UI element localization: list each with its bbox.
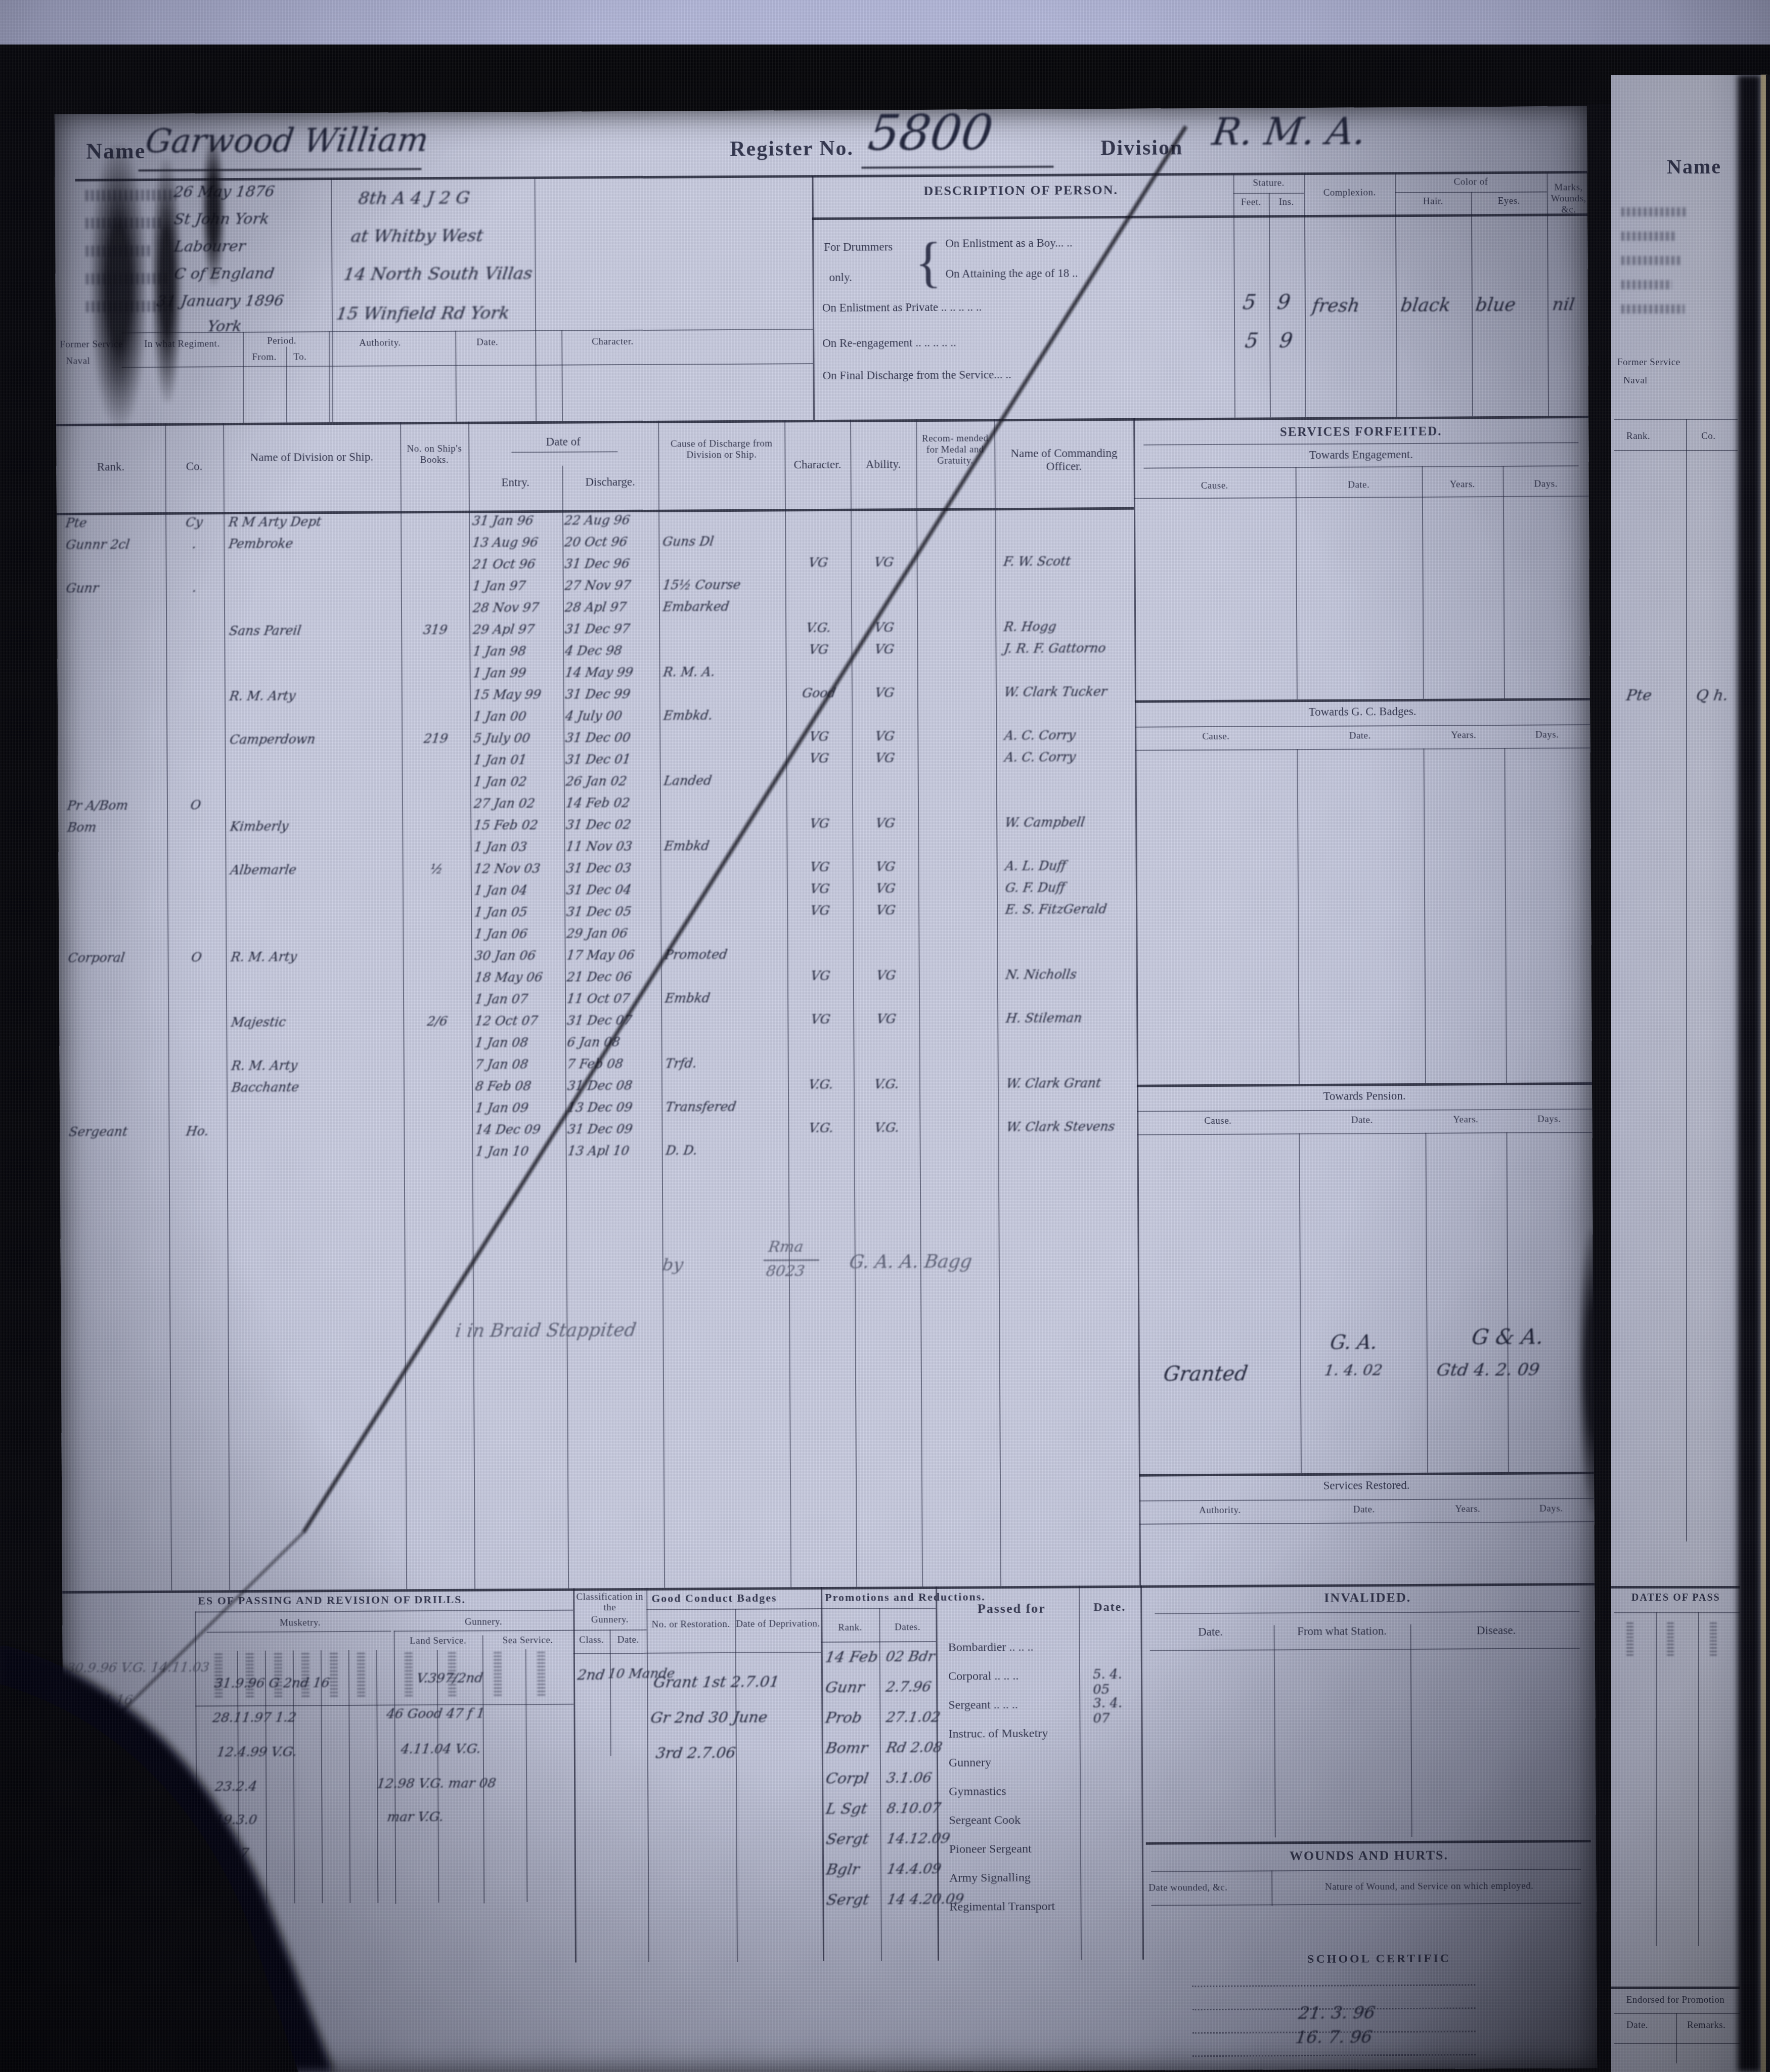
passed-for-label: Pioneer Sergeant: [949, 1842, 1032, 1857]
badges-col1-header: No. or Restoration.: [646, 1619, 735, 1630]
promotion-row: Prob 27.1.02: [821, 1708, 936, 1739]
cell-rank: [66, 559, 162, 559]
cell-cause: R. M. A.: [662, 664, 783, 679]
ink-smudge: [1577, 1229, 1607, 1512]
cell-character: VG: [790, 860, 850, 875]
register-value: 5800: [865, 104, 996, 161]
rule: [1614, 2043, 1740, 2044]
cell-discharge-date: 31 Dec 99: [564, 687, 657, 702]
cell-entry-date: 1 Jan 10: [475, 1144, 564, 1159]
cell-ship: Kimberly: [229, 818, 398, 834]
cell-rank: Gunr: [65, 581, 163, 596]
promotion-row: Sergt 14.12.09: [822, 1829, 937, 1860]
cell-ability: VG: [856, 1011, 916, 1027]
cell-discharge-date: 31 Dec 03: [565, 861, 658, 876]
pencil-note-line2: i in Braid Stappited: [454, 1320, 638, 1342]
cell-ability: [856, 794, 914, 795]
cell-entry-date: 1 Jan 05: [473, 905, 562, 920]
cell-ship: [230, 775, 397, 776]
cell-entry-date: 18 May 06: [474, 970, 563, 985]
final-row-label: On Final Discharge from the Service... .…: [823, 368, 1011, 382]
passed-for-label: Army Signalling: [949, 1871, 1031, 1885]
drill-entry: 19.3.0: [214, 1813, 258, 1828]
cell-character: [790, 664, 848, 665]
cell-entry-date: 1 Jan 04: [473, 883, 562, 898]
cell-book: [408, 1036, 466, 1036]
rule: [329, 331, 330, 422]
cell-entry-date: 12 Oct 07: [474, 1013, 563, 1029]
cell-ship: [230, 666, 396, 667]
promotion-row: Gunr 2.7.96: [821, 1678, 936, 1708]
promotion-row: 14 Feb 02 Bdr: [821, 1647, 936, 1678]
cell-co: [171, 906, 222, 907]
cell-officer: F. W. Scott: [1003, 554, 1131, 569]
cell-officer: H. Stileman: [1005, 1010, 1133, 1026]
pencil-note-post: G. A. A. Bagg: [848, 1251, 973, 1272]
co-header: Co.: [165, 460, 223, 473]
cell-discharge-date: 13 Dec 09: [566, 1100, 659, 1115]
cell-rank: [66, 646, 162, 646]
cell-entry-date: 1 Jan 00: [472, 709, 561, 724]
pencil-note-frac-top: Rma: [767, 1238, 805, 1256]
badge-entry: 3rd 2.7.06: [654, 1744, 736, 1762]
cell-officer: [1006, 1054, 1133, 1054]
cell-co: [171, 1015, 222, 1016]
cell-entry-date: 15 May 99: [472, 687, 561, 702]
rule: [1471, 192, 1473, 416]
cell-cause: [665, 860, 783, 860]
cell-rank: [68, 1037, 164, 1038]
cell-ability: [857, 924, 915, 925]
cell-cause: Trfd.: [665, 1055, 785, 1071]
period-header: Period.: [267, 335, 296, 346]
classification-title-1: Classification in the: [573, 1592, 646, 1614]
cell-officer: A. C. Corry: [1003, 728, 1132, 743]
complexion-header: Complexion.: [1304, 187, 1395, 199]
drill-entry: 31.9.96 G 2nd 16: [213, 1676, 331, 1691]
recommended-header: Recom- mended for Medal and Gratuity.: [918, 433, 992, 467]
hair-value: black: [1399, 295, 1452, 316]
cell-ability: [856, 707, 914, 708]
cell-ability: VG: [856, 859, 916, 874]
cell-book: 319: [405, 623, 465, 638]
cell-officer: G. F. Duff: [1004, 880, 1133, 895]
rule: [735, 1609, 738, 1962]
strip-pte: Pte: [1625, 687, 1653, 704]
cell-discharge-date: 4 July 00: [564, 709, 657, 724]
cell-rank: [68, 972, 164, 973]
cell-rank: [67, 842, 163, 842]
badges-col2-header: Date of Deprivation.: [735, 1618, 821, 1630]
description-title: DESCRIPTION OF PERSON.: [844, 182, 1198, 199]
strip-endorsed: Endorsed for Promotion: [1611, 1995, 1740, 2006]
cell-co: O: [169, 798, 222, 813]
class-date-header: Date.: [610, 1635, 647, 1646]
cell-co: [170, 732, 220, 733]
cell-character: [790, 838, 849, 839]
passed-for-date: 5. 4. 05: [1093, 1667, 1141, 1697]
cell-co: [169, 624, 220, 624]
cell-rank: [67, 668, 163, 668]
ink-smudge: [90, 144, 147, 428]
cell-co: O: [170, 950, 223, 965]
cell-entry-date: 1 Jan 98: [472, 644, 561, 659]
land-service-header: Land Service.: [394, 1636, 482, 1647]
cell-officer: [1007, 1141, 1133, 1141]
tiny-header-smudge: [1710, 1620, 1717, 1656]
cell-rank: [68, 885, 164, 886]
cell-officer: W. Campbell: [1004, 815, 1132, 830]
cell-book: [408, 949, 466, 949]
rule: [1395, 173, 1398, 417]
cell-rank: [69, 1103, 165, 1103]
cell-entry-date: 30 Jan 06: [474, 948, 563, 963]
feet2-value: 5: [1244, 329, 1260, 352]
cell-ship: [230, 797, 397, 798]
drill-entry: 12.4.99 V.G.: [216, 1744, 298, 1760]
cell-co: [171, 885, 222, 885]
promotion-date: 02 Bdr: [884, 1648, 936, 1665]
tiny-header-smudge: [1626, 1620, 1633, 1656]
rule: [1139, 1472, 1594, 1477]
rule: [1150, 1648, 1580, 1651]
discharge-header: Discharge.: [562, 475, 658, 489]
drill-entry: 4.2.7: [214, 1846, 250, 1861]
cell-book: [407, 840, 465, 841]
dotted-line: [1192, 2054, 1476, 2057]
drummers-brace: {: [915, 230, 942, 294]
cell-cause: [664, 816, 783, 817]
wounds-nature-header: Nature of Wound, and Service on which em…: [1277, 1880, 1581, 1893]
cell-character: V.G.: [788, 621, 849, 636]
passed-for-row: Gymnastics: [937, 1780, 1141, 1810]
promotion-date: 14.4.09: [886, 1861, 943, 1878]
cell-entry-date: 5 July 00: [472, 731, 561, 746]
cell-entry-date: 15 Feb 02: [473, 818, 562, 833]
cell-ship: [230, 710, 396, 711]
cell-discharge-date: 14 Feb 02: [565, 796, 658, 811]
promotion-row: Sergt 14 4.20.09: [822, 1890, 937, 1921]
cell-discharge-date: 20 Oct 96: [563, 535, 656, 550]
cell-discharge-date: 11 Nov 03: [565, 839, 658, 854]
cell-ship: R. M. Arty: [231, 1057, 400, 1073]
pension-ga-date: 1. 4. 02: [1323, 1361, 1384, 1380]
cell-entry-date: 14 Dec 09: [474, 1122, 563, 1137]
cell-cause: Transfered: [665, 1099, 785, 1114]
cell-co: [170, 776, 221, 776]
rule: [1274, 1625, 1276, 1837]
rule: [1425, 1133, 1428, 1473]
cell-ship: [229, 557, 395, 558]
cell-ship: Albemarle: [230, 862, 399, 877]
cell-book: [408, 905, 466, 906]
cell-cause: [666, 1077, 784, 1078]
rule: [525, 1649, 528, 1902]
ink-smudge: [151, 159, 183, 402]
passed-for-row: Sergeant .. .. .. 3. 4. 07: [936, 1694, 1141, 1724]
rank-header: Rank.: [56, 460, 165, 474]
rule: [1676, 2013, 1677, 2063]
passed-for-row: Bombardier .. .. ..: [936, 1636, 1141, 1666]
ink-smudge: [201, 134, 226, 285]
photo-right-edge: [1766, 75, 1770, 2072]
cell-discharge-date: 31 Dec 02: [565, 817, 658, 832]
cell-officer: J. R. F. Gattorno: [1003, 641, 1131, 656]
cell-officer: [1004, 663, 1131, 663]
cell-ship: [231, 992, 398, 993]
cell-co: [169, 645, 220, 646]
promotion-date: 8.10.07: [886, 1800, 943, 1817]
cell-rank: [66, 602, 162, 603]
class-value: 2nd: [577, 1666, 606, 1683]
cell-discharge-date: 31 Dec 09: [566, 1122, 659, 1137]
eyes-value: blue: [1474, 295, 1517, 316]
service-rows: Pte Cy R M Arty Dept 31 Jan 96 22 Aug 96…: [57, 506, 1592, 1166]
rule: [1698, 1612, 1699, 1946]
eyes-header: Eyes.: [1471, 196, 1547, 207]
margin-note: 23.2.4 7: [68, 1790, 125, 1805]
drill-entry: 23.2.4: [214, 1779, 258, 1794]
cell-ability: [855, 598, 913, 599]
passed-for-list: Bombardier .. .. .. Corporal .. .. .. 5.…: [936, 1636, 1142, 1925]
forf-years-header: Years.: [1422, 479, 1503, 491]
invalided-date-header: Date.: [1150, 1625, 1271, 1639]
services-restored-title: Services Restored.: [1139, 1478, 1594, 1493]
cell-entry-date: 31 Jan 96: [471, 513, 560, 528]
cell-co: [172, 1080, 223, 1081]
cell-book: [409, 1057, 467, 1058]
cell-co: Ho.: [171, 1124, 224, 1139]
cell-discharge-date: 11 Oct 07: [566, 991, 659, 1006]
cell-character: [790, 773, 849, 773]
cell-ability: [858, 1098, 916, 1099]
cell-co: [171, 863, 222, 863]
cell-discharge-date: 4 Dec 98: [564, 643, 657, 658]
cell-ability: VG: [855, 685, 915, 700]
drills-title: ES OF PASSING AND REVISION OF DRILLS.: [198, 1593, 466, 1608]
cell-book: [408, 884, 466, 884]
cell-officer: E. S. FitzGerald: [1004, 902, 1133, 917]
cell-officer: W. Clark Grant: [1005, 1076, 1134, 1091]
pension-gna-date: Gtd 4. 2. 09: [1435, 1360, 1541, 1381]
rule: [75, 171, 1587, 182]
cell-rank: [69, 1081, 165, 1081]
cell-cause: Embarked: [662, 599, 783, 614]
cell-co: Cy: [168, 515, 220, 530]
passed-for-row: Corporal .. .. .. 5. 4. 05: [936, 1665, 1141, 1695]
tiny-header-smudge: [1667, 1620, 1674, 1656]
pension-ga: G. A.: [1329, 1331, 1379, 1354]
cell-cause: [662, 512, 781, 512]
cell-officer: R. Hogg: [1003, 619, 1131, 634]
name-value: Garwood William: [143, 121, 430, 160]
cell-rank: [69, 1059, 165, 1060]
cell-cause: [663, 621, 782, 621]
forf-days-header: Days.: [1503, 478, 1589, 490]
photo-left-shadow: [0, 116, 63, 1714]
cell-book: [409, 1144, 467, 1145]
cell-book: [407, 710, 465, 710]
rule: [1547, 172, 1550, 416]
cell-co: .: [168, 580, 221, 595]
rule: [286, 347, 287, 423]
rule: [573, 1653, 647, 1654]
cell-entry-date: 1 Jan 09: [474, 1100, 563, 1116]
promotion-row: Bglr 14.4.09: [822, 1860, 937, 1890]
cell-ship: [232, 1101, 399, 1102]
cell-character: [792, 1099, 850, 1099]
promotion-rank: Sergt: [825, 1831, 870, 1848]
rule: [1139, 1498, 1594, 1502]
cell-officer: N. Nicholls: [1005, 967, 1133, 982]
enlisted-line: 8th A 4 J 2 G: [357, 188, 471, 209]
cell-book: [407, 753, 465, 754]
cell-discharge-date: 31 Dec 04: [565, 883, 658, 898]
passed-for-label: Sergeant Cook: [949, 1814, 1021, 1828]
strip-q: Q h.: [1695, 687, 1730, 704]
cell-ship: [232, 1144, 399, 1145]
strip-co-header: Co.: [1701, 431, 1715, 442]
cell-rank: [68, 907, 164, 907]
age18-row-label: On Attaining the age of 18 ..: [945, 267, 1078, 280]
rule: [1146, 1840, 1591, 1845]
cell-ability: VG: [855, 816, 915, 831]
cell-entry-date: 29 Apl 97: [472, 622, 561, 637]
cell-discharge-date: 31 Dec 97: [564, 622, 657, 637]
cell-entry-date: 13 Aug 96: [471, 535, 560, 550]
cell-ability: [857, 1033, 915, 1034]
cell-co: [172, 1059, 223, 1059]
cell-character: VG: [790, 881, 850, 897]
cell-character: [789, 512, 847, 512]
cell-character: Good: [789, 686, 849, 701]
passed-for-date: 3. 4. 07: [1093, 1696, 1141, 1726]
cell-book: 219: [406, 731, 466, 746]
promotion-date: Rd 2.08: [885, 1739, 944, 1756]
cell-ability: VG: [856, 903, 916, 918]
cell-book: [407, 797, 465, 797]
cell-character: [791, 947, 850, 947]
cell-ship: [231, 1036, 398, 1037]
rule: [207, 1631, 391, 1633]
cell-ability: [856, 837, 914, 838]
cell-cause: [665, 925, 783, 925]
promotion-date: 2.7.96: [884, 1679, 933, 1695]
promo-rank-header: Rank.: [821, 1622, 879, 1634]
rule: [1144, 465, 1579, 469]
cell-rank: [67, 689, 163, 690]
cell-discharge-date: 31 Dec 00: [564, 730, 657, 745]
passed-date-header: Date.: [1079, 1601, 1140, 1615]
ins2-value: 9: [1278, 329, 1294, 352]
rule: [1233, 174, 1236, 418]
promotion-row: Corpl 3.1.06: [822, 1769, 937, 1799]
pencil-note-by: by: [661, 1255, 684, 1275]
cell-entry-date: 7 Jan 08: [474, 1057, 563, 1072]
rule: [1304, 173, 1307, 417]
cell-entry-date: 12 Nov 03: [473, 861, 562, 876]
cell-rank: [68, 1016, 164, 1016]
drill-entry: 12.98 V.G. mar 08: [376, 1776, 497, 1791]
drill-entry: 28.11.97 1.2: [211, 1710, 297, 1726]
margin-note: 19.3.0 .: [71, 1822, 123, 1838]
cell-co: [170, 754, 220, 755]
cell-ability: [857, 946, 915, 947]
cause-header: Cause of Discharge from Division or Ship…: [662, 438, 781, 461]
cell-officer: [1004, 597, 1130, 598]
cell-discharge-date: 7 Feb 08: [566, 1056, 659, 1072]
wounds-date-header: Date wounded, &c.: [1148, 1882, 1227, 1894]
cell-rank: Pte: [65, 515, 163, 531]
cell-ship: [231, 884, 397, 885]
passed-for-row: Gunnery: [937, 1751, 1141, 1781]
musketry-header: Musketry.: [209, 1617, 391, 1629]
label-smudge: [1621, 256, 1682, 265]
cell-discharge-date: 31 Dec 08: [566, 1078, 659, 1093]
cell-book: [406, 579, 464, 580]
cell-co: [170, 667, 220, 668]
rule: [1506, 1132, 1509, 1472]
tiny-header-smudge: [537, 1651, 545, 1696]
ins-header: Ins.: [1269, 197, 1304, 208]
promotion-rank: 14 Feb: [824, 1648, 879, 1666]
cell-ability: [855, 511, 913, 512]
cell-book: [406, 514, 464, 514]
rule: [1686, 419, 1687, 1541]
drill-entry: V.397/2nd: [416, 1671, 484, 1687]
cell-character: [791, 990, 850, 991]
passed-for-label: Bombardier .. .. ..: [948, 1641, 1034, 1655]
cell-officer: [1006, 989, 1132, 989]
class-col-header: Class.: [573, 1635, 610, 1646]
passed-for-label: Gymnastics: [949, 1785, 1006, 1799]
cell-cause: Guns Dl: [661, 534, 782, 549]
feet-value: 5: [1242, 291, 1258, 315]
cell-book: [406, 644, 464, 645]
school-date-1: 21. 3. 96: [1297, 2003, 1377, 2023]
boy-row-label: On Enlistment as a Boy... ..: [945, 236, 1073, 250]
cell-cause: Embkd.: [662, 708, 783, 723]
cell-entry-date: 1 Jan 08: [474, 1035, 563, 1050]
cell-entry-date: 1 Jan 01: [473, 753, 562, 768]
cell-book: [409, 1079, 467, 1080]
cell-cause: [663, 751, 782, 752]
cell-cause: [665, 1012, 784, 1012]
rule: [1155, 1611, 1579, 1614]
cell-officer: [1005, 771, 1131, 772]
rule: [455, 331, 457, 422]
invalided-title: INVALIDED.: [1140, 1589, 1595, 1607]
cell-character: [789, 599, 848, 599]
cell-cause: Embkd: [663, 838, 784, 853]
date-of-header: Date of: [468, 435, 658, 449]
cell-ability: [856, 772, 914, 773]
cell-cause: [662, 555, 781, 556]
promo-entries: 14 Feb 02 Bdr Gunr 2.7.96 Prob 27.1.02 B…: [821, 1647, 938, 1921]
school-date-2: 16. 7. 96: [1294, 2027, 1374, 2048]
label-smudge: [1621, 280, 1672, 289]
cell-co: [170, 711, 220, 711]
rule: [1271, 1870, 1272, 1906]
rule: [1614, 450, 1738, 451]
tiny-header-smudge: [494, 1651, 502, 1696]
cell-ship: [229, 601, 396, 602]
tiny-header-smudge: [405, 1652, 413, 1696]
cell-character: [791, 925, 849, 925]
cell-discharge-date: 6 Jan 08: [566, 1035, 659, 1050]
cell-rank: [67, 776, 163, 777]
cell-co: [171, 972, 222, 972]
